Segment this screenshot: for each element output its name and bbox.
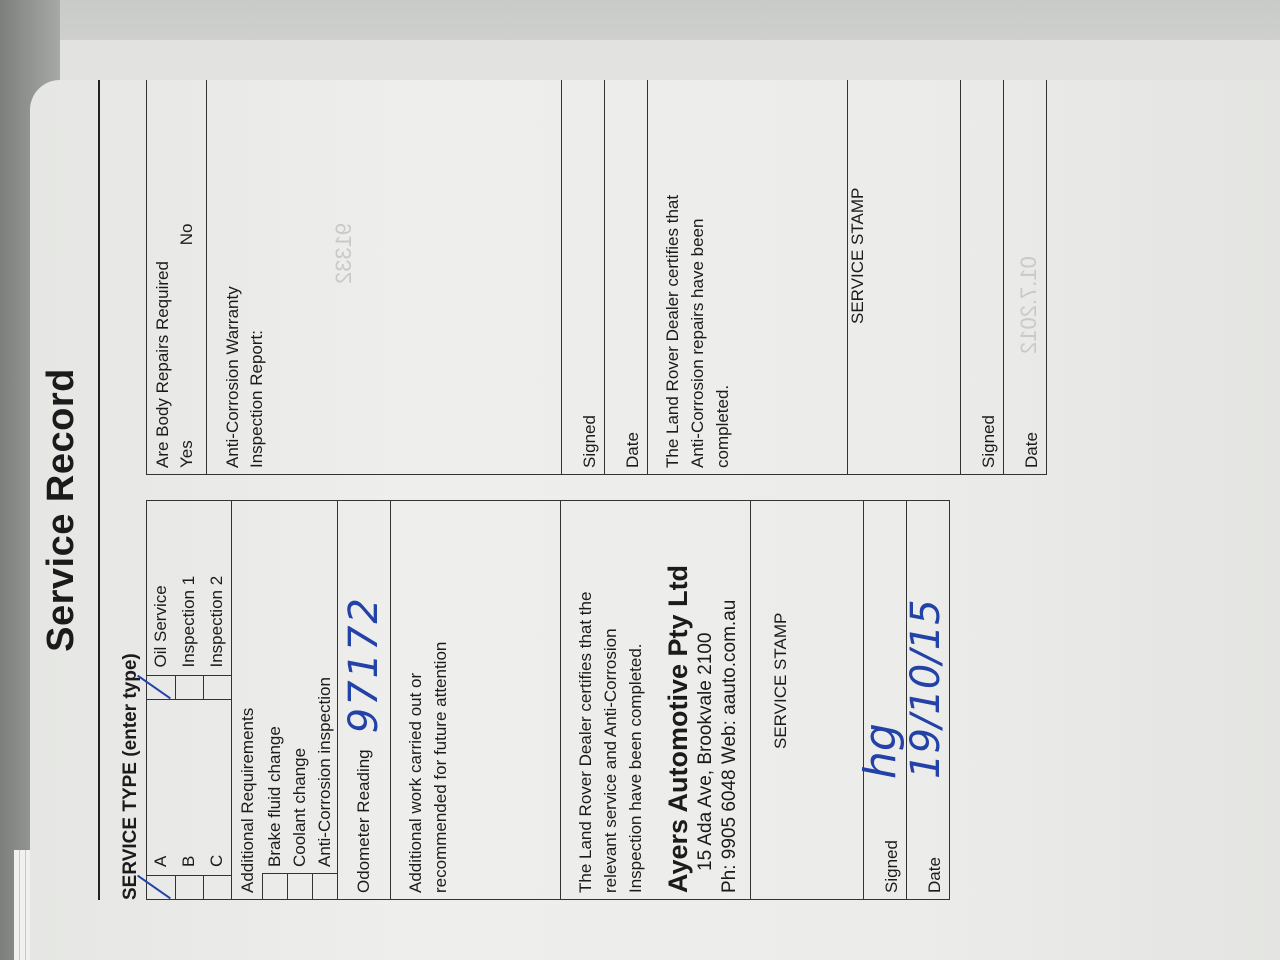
- additional-requirements: Additional Requirements Brake fluid chan…: [232, 501, 338, 899]
- checkbox-anti-corrosion[interactable]: [312, 873, 337, 899]
- req-coolant[interactable]: Coolant change: [287, 501, 312, 899]
- type-label-a: A: [151, 856, 171, 875]
- service-label-inspection-1: Inspection 1: [179, 576, 199, 676]
- type-label-b: B: [179, 856, 199, 875]
- odometer-label: Odometer Reading: [354, 749, 374, 893]
- repairs-stamp-label: SERVICE STAMP: [848, 188, 868, 324]
- booklet-page: Service Record SERVICE TYPE (enter type)…: [30, 80, 1280, 960]
- repairs-date-label: Date: [1022, 432, 1042, 468]
- additional-requirements-heading: Additional Requirements: [238, 501, 262, 899]
- dealer-certification: The Land Rover Dealer certifies that the…: [561, 501, 751, 899]
- repairs-certification: The Land Rover Dealer certifies that Ant…: [648, 80, 848, 474]
- odometer-value[interactable]: 97172: [341, 596, 387, 733]
- service-label-oil: Oil Service: [151, 585, 171, 675]
- repairs-stamp-area: SERVICE STAMP: [848, 80, 961, 474]
- cert-text-1: The Land Rover Dealer certifies that the: [573, 507, 598, 893]
- page-title: Service Record: [40, 80, 83, 940]
- repairs-cert-text-2: Anti-Corrosion repairs have been: [685, 82, 710, 468]
- checkbox-inspection-2[interactable]: [203, 676, 231, 700]
- type-option-a[interactable]: A: [147, 701, 175, 900]
- service-type-heading: SERVICE TYPE (enter type): [116, 500, 146, 900]
- type-options: A B C: [147, 701, 231, 900]
- dealer-stamp-contact: Ph: 9905 6048 Web: aauto.com.au: [718, 507, 742, 893]
- spacer-heading: [116, 80, 146, 475]
- report-label-2: Inspection Report:: [245, 82, 269, 468]
- type-option-c[interactable]: C: [203, 701, 231, 900]
- bleed-through-odometer: 91332: [332, 223, 356, 284]
- service-options: Oil Service Inspection 1 Inspection 2: [147, 501, 231, 701]
- req-label-brake-fluid: Brake fluid change: [265, 726, 285, 873]
- body-repairs-no[interactable]: No: [175, 224, 199, 246]
- dealer-stamp-address: 15 Ada Ave, Brookvale 2100: [694, 507, 718, 893]
- odometer-row: Odometer Reading 97172: [338, 501, 391, 899]
- additional-work-label-1: Additional work carried out or: [403, 507, 428, 893]
- report-date-row[interactable]: Date: [605, 80, 648, 474]
- cert-text-2: relevant service and Anti-Corrosion: [598, 507, 623, 893]
- service-record-page: Service Record SERVICE TYPE (enter type)…: [30, 80, 1230, 940]
- req-anti-corrosion[interactable]: Anti-Corrosion inspection: [312, 501, 337, 899]
- repairs-cert-text-3: completed.: [710, 82, 735, 468]
- bleed-through-date: 01.7.2012: [1016, 256, 1042, 354]
- signed-row[interactable]: Signed hg: [864, 501, 907, 899]
- type-label-c: C: [207, 855, 227, 875]
- additional-work[interactable]: Additional work carried out or recommend…: [391, 501, 561, 899]
- service-stamp-label: SERVICE STAMP: [771, 613, 791, 749]
- checkbox-type-a[interactable]: [147, 875, 175, 899]
- service-option-inspection-1[interactable]: Inspection 1: [175, 501, 203, 700]
- signature: hg: [855, 723, 906, 779]
- service-type-grid: A B C Oil Ser: [147, 501, 232, 899]
- service-label-inspection-2: Inspection 2: [207, 576, 227, 676]
- checkbox-coolant[interactable]: [287, 873, 312, 899]
- body-repairs: Are Body Repairs Required Yes No: [147, 80, 207, 474]
- inspection-report[interactable]: Anti-Corrosion Warranty Inspection Repor…: [207, 80, 562, 474]
- anti-corrosion-box: Are Body Repairs Required Yes No Anti-Co…: [146, 80, 1047, 475]
- body-repairs-question: Are Body Repairs Required: [151, 82, 175, 468]
- repairs-cert-text-1: The Land Rover Dealer certifies that: [660, 82, 685, 468]
- service-option-inspection-2[interactable]: Inspection 2: [203, 501, 231, 700]
- service-stamp-area: SERVICE STAMP: [751, 501, 864, 899]
- checkbox-inspection-1[interactable]: [175, 676, 203, 700]
- body-repairs-options: Yes No: [175, 82, 199, 468]
- checkbox-oil-service[interactable]: [147, 676, 175, 700]
- report-label-1: Anti-Corrosion Warranty: [221, 82, 245, 468]
- req-label-coolant: Coolant change: [290, 748, 310, 873]
- body-repairs-yes[interactable]: Yes: [175, 440, 199, 468]
- checkbox-type-c[interactable]: [203, 875, 231, 899]
- title-rule: [98, 80, 100, 900]
- checkbox-brake-fluid[interactable]: [262, 873, 287, 899]
- report-date-label: Date: [623, 432, 643, 468]
- service-option-oil[interactable]: Oil Service: [147, 501, 175, 700]
- service-form-box: A B C Oil Ser: [146, 500, 950, 900]
- req-brake-fluid[interactable]: Brake fluid change: [262, 501, 287, 899]
- date-row[interactable]: Date 19/10/15: [907, 501, 949, 899]
- checkbox-type-b[interactable]: [175, 875, 203, 899]
- signed-label: Signed: [882, 840, 902, 893]
- type-option-b[interactable]: B: [175, 701, 203, 900]
- additional-work-label-2: recommended for future attention: [428, 507, 453, 893]
- cert-text-3: Inspection have been completed.: [623, 507, 648, 893]
- date-label: Date: [925, 857, 945, 893]
- repairs-signed-row[interactable]: Signed: [961, 80, 1004, 474]
- req-label-anti-corrosion: Anti-Corrosion inspection: [315, 677, 335, 873]
- report-signed-row[interactable]: Signed: [562, 80, 605, 474]
- repairs-date-row[interactable]: Date 01.7.2012: [1004, 80, 1046, 474]
- repairs-signed-label: Signed: [979, 415, 999, 468]
- anti-corrosion-column: Are Body Repairs Required Yes No Anti-Co…: [116, 80, 1047, 475]
- date-value: 19/10/15: [903, 599, 949, 779]
- service-column: SERVICE TYPE (enter type) A B: [116, 500, 950, 900]
- dealer-stamp-name: Ayers Automotive Pty Ltd: [662, 507, 694, 893]
- report-signed-label: Signed: [580, 415, 600, 468]
